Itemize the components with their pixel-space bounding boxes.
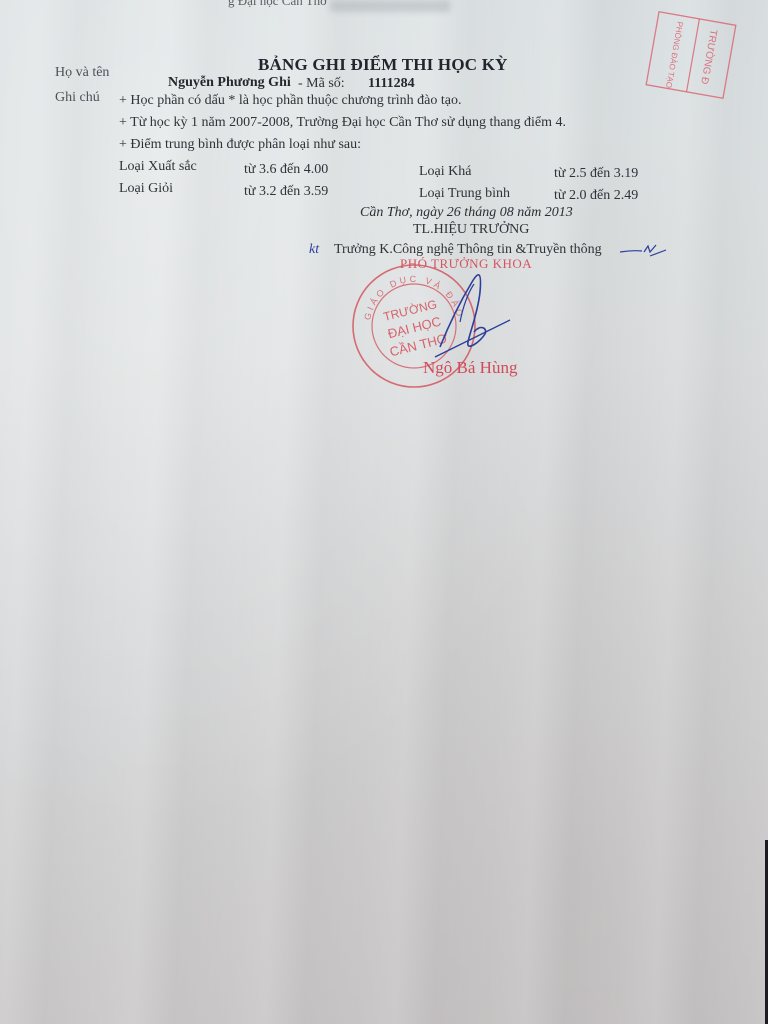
previous-page-text: g Đại học Cần Thơ	[228, 0, 327, 9]
svg-text:PHÒNG ĐÀO TẠO: PHÒNG ĐÀO TẠO	[664, 21, 685, 89]
grade-range: từ 2.5 đến 3.19	[554, 166, 638, 182]
signature-title: TL.HIỆU TRƯỞNG	[413, 222, 529, 238]
grade-range: từ 2.0 đến 2.49	[554, 188, 638, 204]
grade-name: Loại Giỏi	[119, 181, 173, 197]
handwritten-initial: kt	[309, 242, 319, 258]
name-label: Họ và tên	[55, 65, 109, 81]
note-line: + Từ học kỳ 1 năm 2007-2008, Trường Đại …	[119, 115, 566, 131]
signer-name: Ngô Bá Hùng	[423, 358, 517, 378]
grade-name: Loại Xuất sắc	[119, 159, 197, 175]
svg-text:TRƯỜNG Đ: TRƯỜNG Đ	[698, 29, 720, 86]
place-date: Cần Thơ, ngày 26 tháng 08 năm 2013	[360, 205, 573, 221]
notes-label: Ghi chú	[55, 90, 100, 106]
document-title: BẢNG GHI ĐIỂM THI HỌC KỲ	[258, 55, 508, 75]
paper-sheet	[0, 0, 768, 1024]
signature-icon	[430, 262, 530, 372]
handwritten-mark-icon	[620, 238, 668, 262]
student-name: Nguyễn Phương Ghi	[168, 75, 291, 91]
student-id-label: - Mã số:	[298, 76, 345, 92]
student-id: 1111284	[368, 76, 415, 92]
grade-name: Loại Khá	[419, 164, 471, 180]
grade-name: Loại Trung bình	[419, 186, 510, 202]
office-stamp-icon: TRƯỜNG Đ PHÒNG ĐÀO TẠO	[642, 7, 741, 103]
note-line: + Điểm trung bình được phân loại như sau…	[119, 137, 361, 153]
note-line: + Học phần có dấu * là học phần thuộc ch…	[119, 93, 461, 109]
grade-range: từ 3.2 đến 3.59	[244, 184, 328, 200]
grade-range: từ 3.6 đến 4.00	[244, 162, 328, 178]
fold-shadow	[330, 0, 450, 12]
